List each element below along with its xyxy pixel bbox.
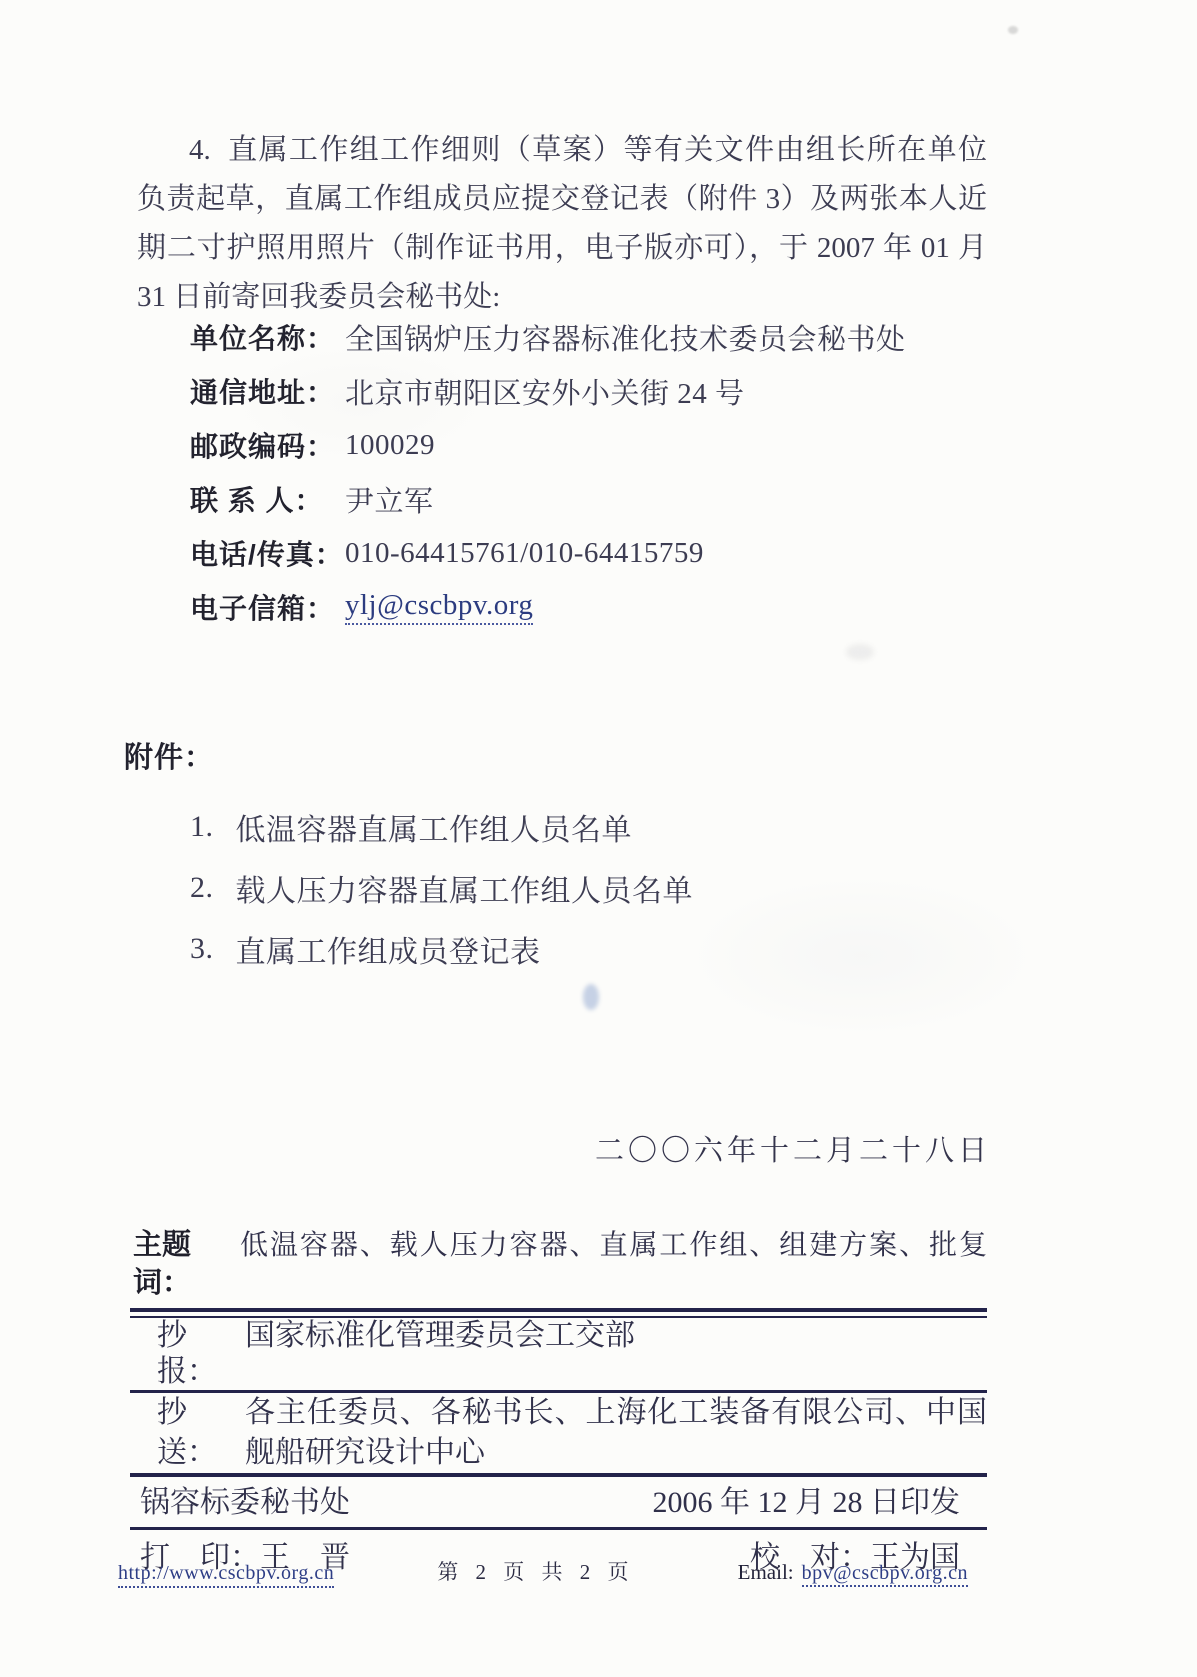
email-link[interactable]: bpv@cscbpv.org.cn xyxy=(802,1562,968,1587)
scan-smudge xyxy=(583,984,599,1010)
body-paragraph: 4. 直属工作组工作细则（草案）等有关文件由组长所在单位 负责起草，直属工作组成… xyxy=(137,126,987,322)
email-label: Email: xyxy=(738,1560,794,1584)
contact-info: 单位名称： 全国锅炉压力容器标准化技术委员会秘书处 通信地址： 北京市朝阳区安外… xyxy=(190,310,990,634)
footer-email: Email:bpv@cscbpv.org.cn xyxy=(738,1560,968,1585)
attachments-section: 附件： 1. 低温容器直属工作组人员名单 2. 载人压力容器直属工作组人员名单 … xyxy=(124,735,984,979)
page-footer: http://www.cscbpv.org.cn 第 2 页 共 2 页 Ema… xyxy=(118,1556,968,1588)
paragraph-line: 负责起草，直属工作组成员应提交登记表（附件 3）及两张本人近 xyxy=(137,175,987,224)
attachment-item: 3. 直属工作组成员登记表 xyxy=(190,918,984,979)
contact-row-email: 电子信箱： ylj@cscbpv.org xyxy=(190,580,990,634)
contact-label: 电话/传真： xyxy=(190,533,345,573)
contact-row-postcode: 邮政编码： 100029 xyxy=(190,418,990,472)
contact-label: 联 系 人： xyxy=(190,479,345,519)
website-link[interactable]: http://www.cscbpv.org.cn xyxy=(118,1562,334,1588)
contact-label: 电子信箱： xyxy=(190,587,345,627)
contact-row-address: 通信地址： 北京市朝阳区安外小关街 24 号 xyxy=(190,364,990,418)
contact-row-person: 联 系 人： 尹立军 xyxy=(190,472,990,526)
contact-email-link[interactable]: ylj@cscbpv.org xyxy=(345,589,533,625)
cc-report-label: 抄报： xyxy=(157,1318,245,1390)
cc-send-content: 各主任委员、各秘书长、上海化工装备有限公司、中国舰船研究设计中心 xyxy=(245,1393,987,1473)
attachment-number: 1. xyxy=(190,810,214,844)
issuer-office: 锅容标委秘书处 xyxy=(140,1485,350,1521)
issuer-row: 锅容标委秘书处 2006 年 12 月 28 日印发 xyxy=(130,1477,987,1527)
page-number: 第 2 页 共 2 页 xyxy=(437,1556,634,1586)
cc-send-label: 抄送： xyxy=(157,1393,245,1473)
attachment-item: 1. 低温容器直属工作组人员名单 xyxy=(190,796,984,857)
contact-row-phone: 电话/传真： 010-64415761/010-64415759 xyxy=(190,526,990,580)
scan-smudge xyxy=(1008,26,1018,34)
subject-label: 主题词： xyxy=(133,1226,240,1302)
cc-report-row: 抄报： 国家标准化管理委员会工交部 xyxy=(130,1318,987,1390)
contact-value: 尹立军 xyxy=(345,479,434,520)
attachments-heading: 附件： xyxy=(124,735,984,776)
subject-keywords-row: 主题词： 低温容器、载人压力容器、直属工作组、组建方案、批复 xyxy=(130,1226,987,1308)
attachment-number: 2. xyxy=(190,871,214,905)
paragraph-line: 期二寸护照用照片（制作证书用，电子版亦可），于 2007 年 01 月 xyxy=(137,224,987,273)
attachment-title: 低温容器直属工作组人员名单 xyxy=(236,805,633,849)
document-page: 4. 直属工作组工作细则（草案）等有关文件由组长所在单位 负责起草，直属工作组成… xyxy=(0,0,1197,1677)
paragraph-line: 4. 直属工作组工作细则（草案）等有关文件由组长所在单位 xyxy=(137,126,987,175)
print-date: 2006 年 12 月 28 日印发 xyxy=(653,1485,961,1521)
attachment-number: 3. xyxy=(190,932,214,966)
divider-double-rule xyxy=(130,1308,987,1318)
contact-value: 全国锅炉压力容器标准化技术委员会秘书处 xyxy=(345,317,906,358)
contact-value: 北京市朝阳区安外小关街 24 号 xyxy=(345,371,745,412)
attachment-item: 2. 载人压力容器直属工作组人员名单 xyxy=(190,857,984,918)
contact-value: 010-64415761/010-64415759 xyxy=(345,537,704,570)
cc-report-content: 国家标准化管理委员会工交部 xyxy=(245,1318,987,1390)
attachment-title: 载人压力容器直属工作组人员名单 xyxy=(236,866,694,910)
scan-smudge xyxy=(846,644,874,660)
contact-label: 通信地址： xyxy=(190,371,345,411)
contact-value: 100029 xyxy=(345,429,435,462)
contact-row-unit: 单位名称： 全国锅炉压力容器标准化技术委员会秘书处 xyxy=(190,310,990,364)
cc-send-row: 抄送： 各主任委员、各秘书长、上海化工装备有限公司、中国舰船研究设计中心 xyxy=(130,1393,987,1473)
document-footer-table: 主题词： 低温容器、载人压力容器、直属工作组、组建方案、批复 抄报： 国家标准化… xyxy=(130,1226,987,1576)
signature-date: 二〇〇六年十二月二十八日 xyxy=(595,1128,991,1169)
contact-label: 邮政编码： xyxy=(190,425,345,465)
attachment-title: 直属工作组成员登记表 xyxy=(236,927,541,971)
contact-label: 单位名称： xyxy=(190,317,345,357)
subject-keywords: 低温容器、载人压力容器、直属工作组、组建方案、批复 xyxy=(240,1227,987,1265)
